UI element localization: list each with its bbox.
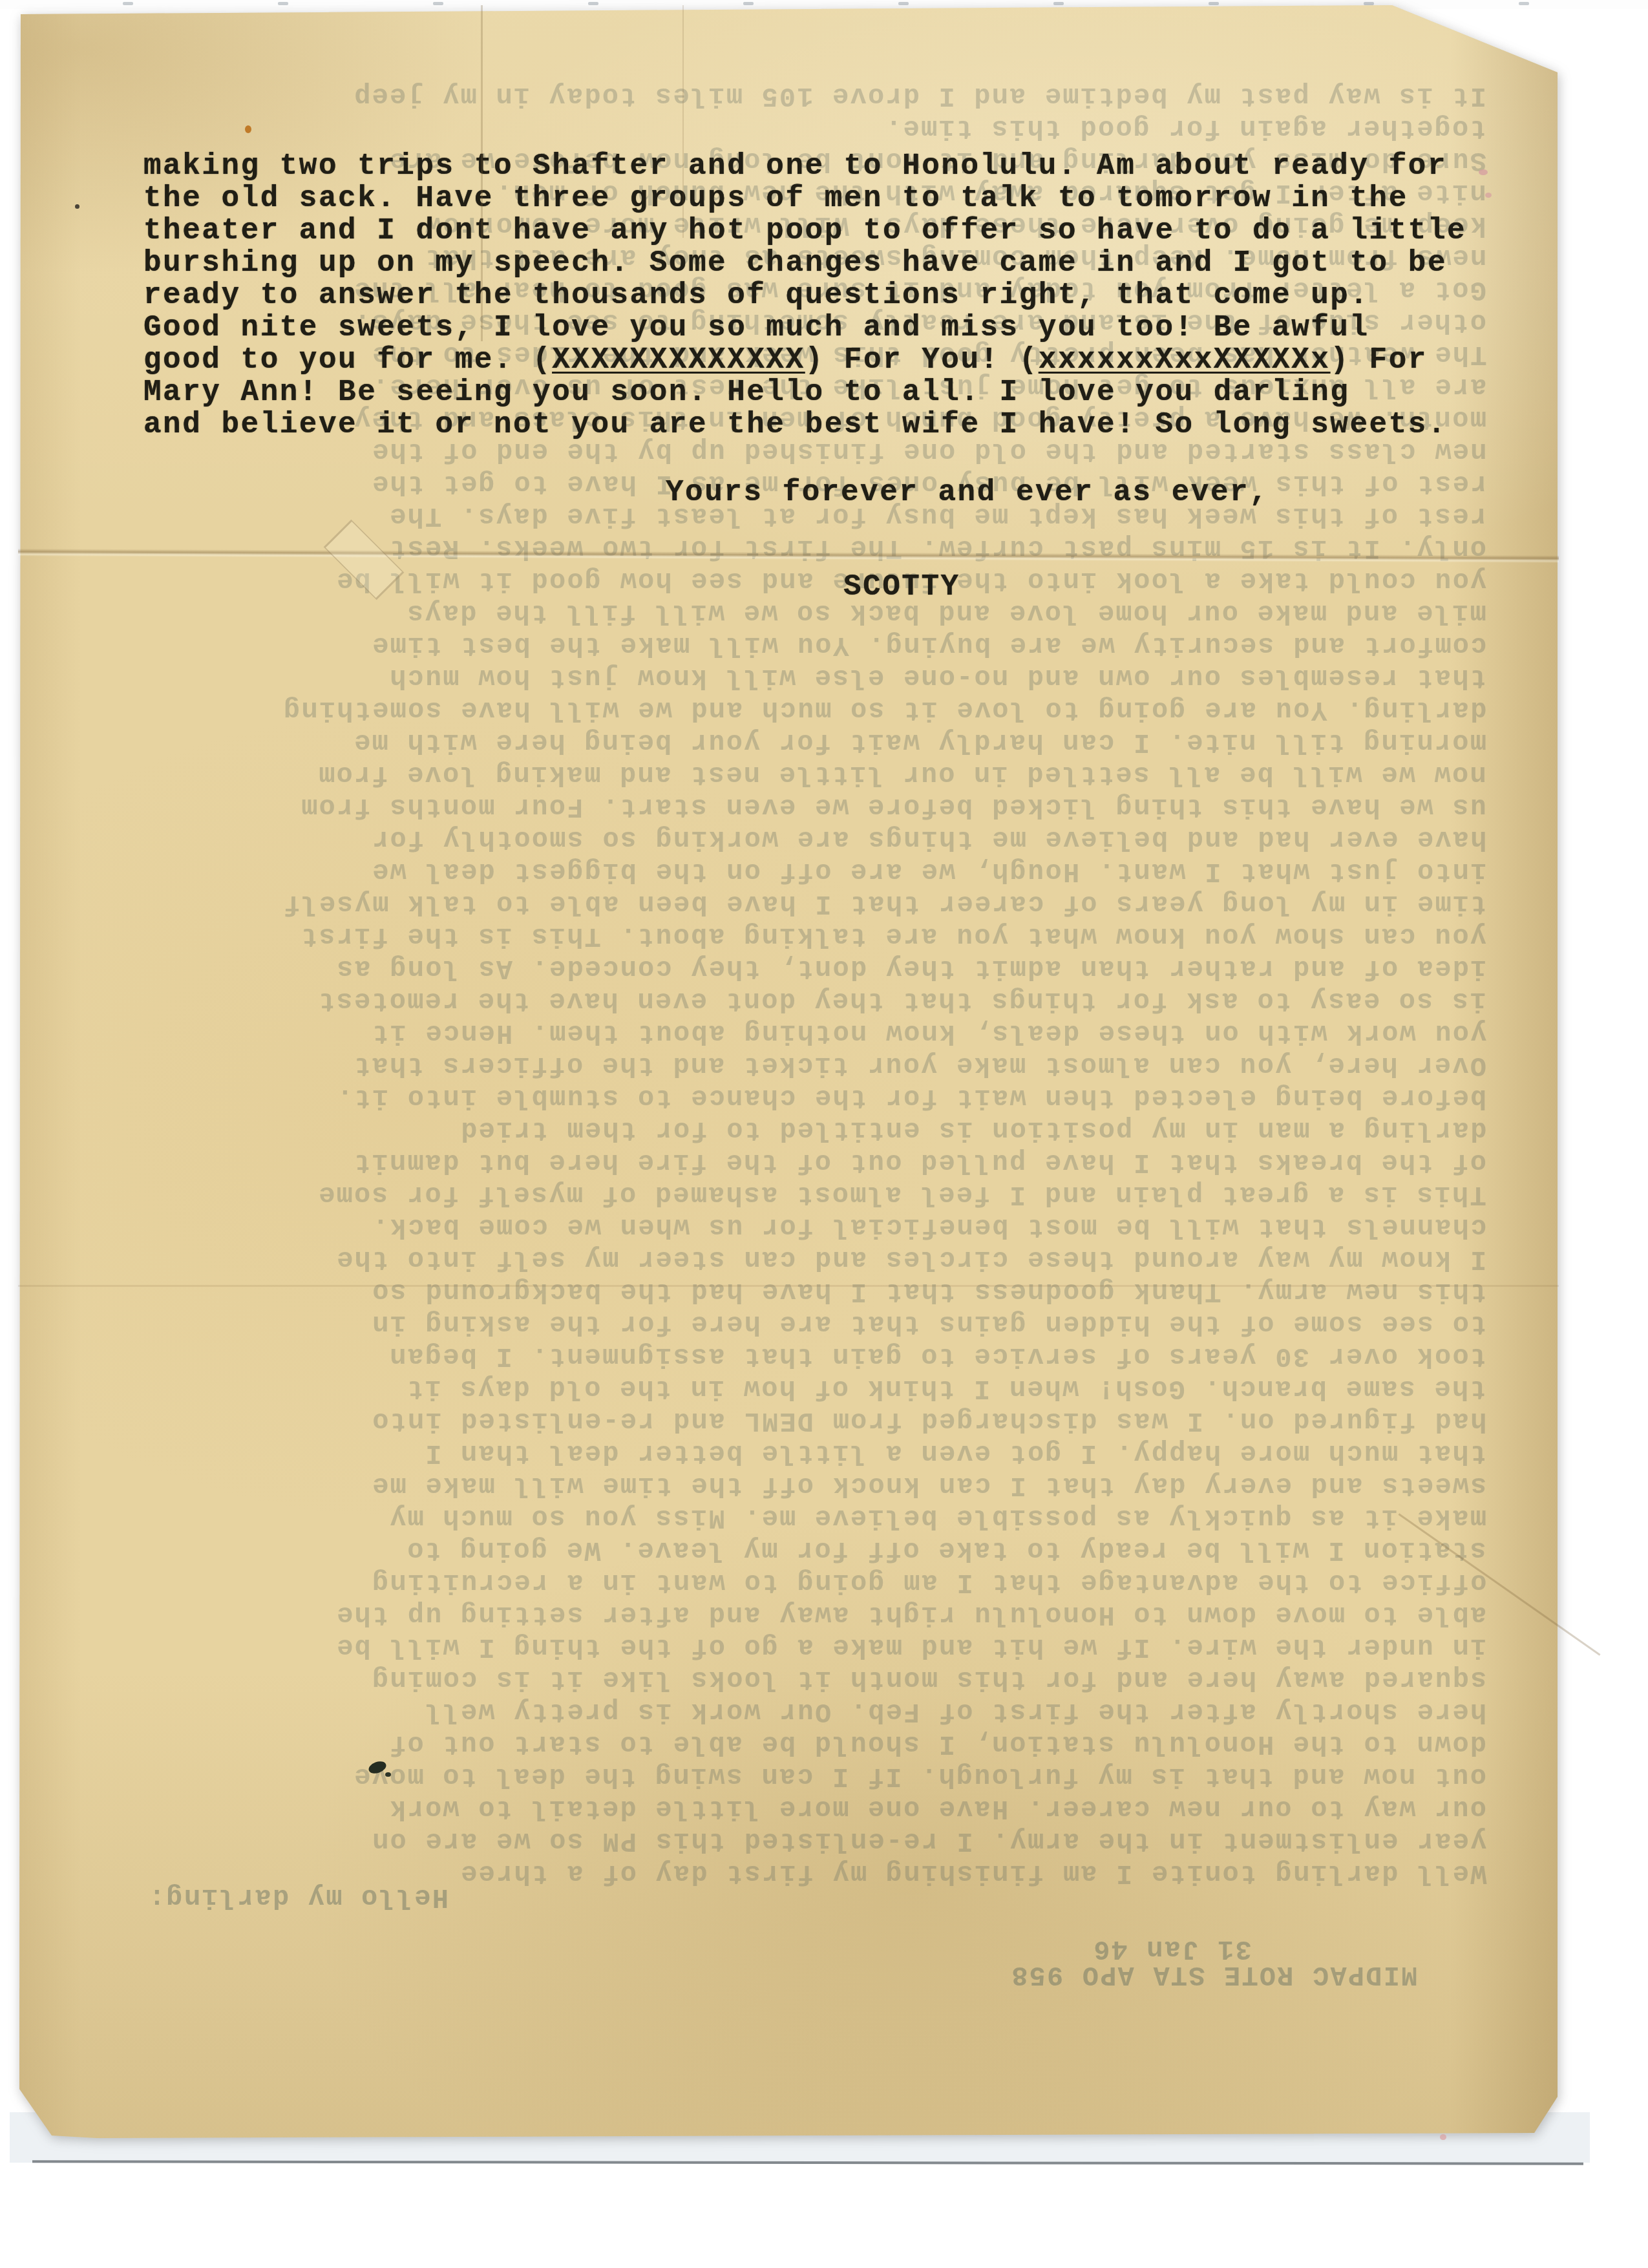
letter-line: Mary Ann! Be seeing you soon. Hello to a…	[143, 376, 1466, 408]
bleedthrough-line: Over here, you can almost make your tick…	[353, 1050, 1486, 1080]
bleedthrough-line: down to the Honolulu station, I should b…	[388, 1729, 1486, 1759]
bleedthrough-line: this new army. Thank goodness that I hav…	[371, 1277, 1486, 1306]
bleedthrough-line: the same branch. Gosh! when I think of h…	[406, 1373, 1486, 1403]
bleedthrough-line: morning till nite. I can hardly wait for…	[353, 727, 1486, 757]
fold-crease-horizontal-2	[18, 1285, 1559, 1287]
bleedthrough-line: It is way past my bedtime and I drove 10…	[353, 81, 1486, 111]
fold-crease-vertical	[481, 5, 483, 341]
ink-blot	[385, 1772, 391, 1777]
paper-speck	[75, 204, 79, 209]
letter-signature: SCOTTY	[843, 570, 960, 604]
bleedthrough-line: year enlistment in the army. I re-enlist…	[371, 1826, 1486, 1856]
fold-crease-vertical-2	[682, 5, 684, 238]
bleedthrough-line: Well darling tonite I am finishing my fi…	[460, 1858, 1486, 1888]
bleedthrough-line: sweets and every day that I can knock of…	[371, 1470, 1486, 1500]
letter-line: and believe it or not you are the best w…	[143, 408, 1466, 441]
bleedthrough-line: have ever had and believe me things are …	[371, 824, 1486, 854]
bleedthrough-header-line: Hello my darling:	[147, 1882, 449, 1912]
bleedthrough-line: comfort and security we are buying. You …	[371, 630, 1486, 660]
bleedthrough-line: out now and that is my furlough. If I ca…	[353, 1761, 1486, 1791]
paper-speck	[1479, 169, 1488, 175]
bleedthrough-line: here shortly after the first of Feb. Our…	[424, 1697, 1486, 1726]
letter-line: burshing up on my speech. Some changes h…	[143, 247, 1466, 279]
letter-line: making two trips to Shafter and one to H…	[143, 150, 1466, 182]
bleedthrough-line: in under the wire. If we hit and make a …	[335, 1632, 1486, 1662]
bleedthrough-line: us we have this thing licked before we e…	[300, 792, 1486, 821]
bleedthrough-line: make it as quickly as possible believe m…	[388, 1503, 1486, 1532]
bleedthrough-line: station I will be ready to take off for …	[406, 1535, 1486, 1565]
letter-line: Good nite sweets, I love you so much and…	[143, 312, 1466, 344]
paper-speck	[245, 125, 251, 133]
bleedthrough-line: you work with on these deals, know nothi…	[371, 1018, 1486, 1048]
letter-scan: Well darling tonite I am finishing my fi…	[0, 0, 1648, 2268]
bleedthrough-line: able to move down to Honolulu right away…	[335, 1600, 1486, 1629]
bleedthrough-line: squared away here and for this month it …	[371, 1664, 1486, 1694]
bleedthrough-line: of the breaks that I have pulled out of …	[353, 1147, 1486, 1177]
bleedthrough-line: time in my long years of career that I h…	[282, 889, 1486, 918]
bleedthrough-line: before being elected then wait for the c…	[335, 1083, 1486, 1112]
bleedthrough-line: I know my way around these circles and c…	[335, 1244, 1486, 1274]
bleedthrough-line: darling. You are going to love it so muc…	[282, 695, 1486, 725]
bleedthrough-line: office to the advantage that I am going …	[371, 1567, 1486, 1597]
bleedthrough-line: that resembles our own and no-one else w…	[388, 662, 1486, 692]
letter-line: good to you for me. (XXXXXXXXXXXXX) For …	[143, 344, 1466, 376]
bleedthrough-line: you can show you know what you are talki…	[300, 921, 1486, 951]
bleedthrough-line: channels that will be most beneficial fo…	[371, 1212, 1486, 1242]
bleedthrough-line: together again for good this time.	[884, 113, 1486, 143]
letter-line: the old sack. Have three groups of men t…	[143, 182, 1466, 215]
bleedthrough-header-line: 31 Jan 46	[1092, 1934, 1252, 1964]
letter-closing: Yours forever and ever as ever,	[666, 476, 1269, 509]
paper-speck	[1440, 2134, 1446, 2140]
bleedthrough-line: to see some of the hidden gains that are…	[371, 1309, 1486, 1339]
letter-line: ready to answer the thousands of questio…	[143, 279, 1466, 312]
bleedthrough-line: that much more happy. I got even a littl…	[424, 1438, 1486, 1468]
letter-body: making two trips to Shafter and one to H…	[143, 150, 1466, 441]
paper-speck	[1485, 193, 1492, 198]
bleedthrough-line: our way to our new career. Have one more…	[388, 1794, 1486, 1823]
bleedthrough-line: is so easy to ask for things that they d…	[317, 986, 1486, 1015]
bleedthrough-line: now we will be all settled in our little…	[317, 759, 1486, 789]
bleedthrough-line: idea of and rather than admit they dont,…	[335, 953, 1486, 983]
bleedthrough-line: into just what I want. Hough, we are off…	[371, 856, 1486, 886]
bleedthrough-line: darling a man in my position is entitled…	[460, 1115, 1486, 1145]
letter-line: theater and I dont have any hot poop to …	[143, 215, 1466, 247]
bleedthrough-line: took over 30 years of service to gain th…	[388, 1341, 1486, 1371]
bleedthrough-line: had figured on. I was discharged from DE…	[371, 1406, 1486, 1436]
bleedthrough-line: This is a great plain and I feel almost …	[317, 1180, 1486, 1209]
